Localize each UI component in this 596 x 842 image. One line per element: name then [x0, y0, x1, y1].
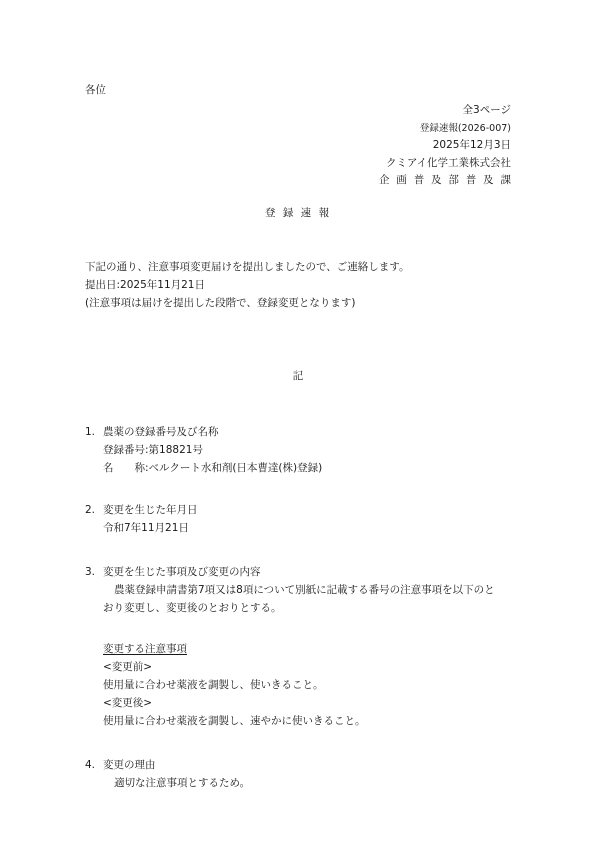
change-note-block: 変更する注意事項 <変更前> 使用量に合わせ薬液を調製し、使いきること。 <変更… [103, 640, 511, 730]
submission-date-line: 提出日:2025年11月21日 [85, 276, 511, 294]
total-pages: 全3ページ [85, 102, 511, 120]
product-name-line: 名 称:ベルクート水和剤(日本曹達(株)登録) [103, 459, 511, 477]
intro-line-1: 下記の通り、注意事項変更届けを提出しましたので、ご連絡します。 [85, 258, 511, 276]
section-heading: 変更を生じた年月日 [103, 501, 511, 519]
section-number: 1. [85, 423, 103, 441]
bulletin-number: 登録速報(2026-007) [85, 120, 511, 138]
issue-date: 2025年12月3日 [85, 137, 511, 155]
section-registration-info: 1. 農薬の登録番号及び名称 登録番号:第18821号 名 称:ベルクート水和剤… [85, 423, 511, 477]
section-heading: 変更の理由 [103, 756, 511, 774]
header-block: 全3ページ 登録速報(2026-007) 2025年12月3日 クミアイ化学工業… [85, 102, 511, 190]
department-name: 企画普及部普及課 [379, 172, 511, 190]
salutation: 各位 [85, 84, 511, 97]
intro-paragraph: 下記の通り、注意事項変更届けを提出しましたので、ご連絡します。 提出日:2025… [85, 258, 511, 312]
after-text: 使用量に合わせ薬液を調製し、速やかに使いきること。 [103, 712, 511, 730]
change-reason-line: 適切な注意事項とするため。 [103, 774, 511, 792]
section-number: 3. [85, 563, 103, 581]
registration-number-line: 登録番号:第18821号 [103, 441, 511, 459]
section-number: 4. [85, 756, 103, 774]
section-change-date: 2. 変更を生じた年月日 令和7年11月21日 [85, 501, 511, 537]
section-number: 2. [85, 501, 103, 519]
record-mark: 記 [85, 367, 511, 385]
section-change-details: 3. 変更を生じた事項及び変更の内容 農薬登録申請書第7項又は8項について別紙に… [85, 563, 511, 617]
before-label: <変更前> [103, 658, 511, 676]
section-heading: 変更を生じた事項及び変更の内容 [103, 563, 511, 581]
before-text: 使用量に合わせ薬液を調製し、使いきること。 [103, 676, 511, 694]
document-title: 登 録 速 報 [85, 204, 511, 222]
after-label: <変更後> [103, 694, 511, 712]
document-page: 各位 全3ページ 登録速報(2026-007) 2025年12月3日 クミアイ化… [0, 0, 596, 842]
change-details-line-2: おり変更し、変更後のとおりとする。 [103, 599, 511, 617]
intro-note-line: (注意事項は届けを提出した段階で、登録変更となります) [85, 294, 511, 312]
change-date-line: 令和7年11月21日 [103, 519, 511, 537]
section-heading: 農薬の登録番号及び名称 [103, 423, 511, 441]
change-note-heading: 変更する注意事項 [103, 640, 511, 658]
company-name: クミアイ化学工業株式会社 [85, 155, 511, 173]
change-details-line-1: 農薬登録申請書第7項又は8項について別紙に記載する番号の注意事項を以下のと [103, 581, 511, 599]
section-change-reason: 4. 変更の理由 適切な注意事項とするため。 [85, 756, 511, 792]
